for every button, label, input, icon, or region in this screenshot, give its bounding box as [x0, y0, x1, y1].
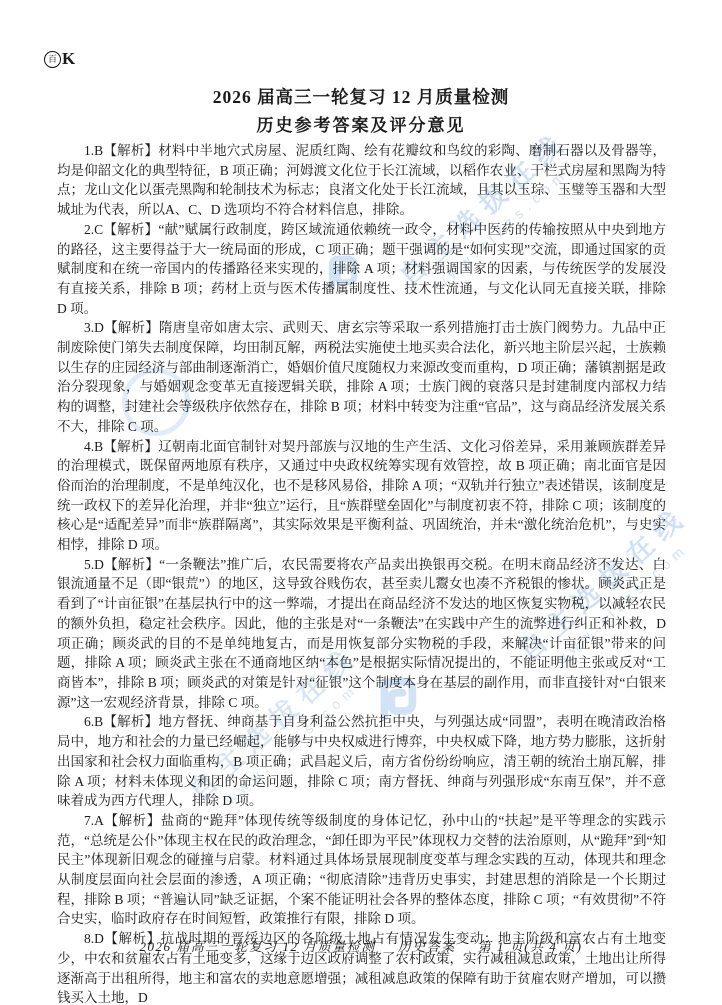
answer-explanation-5: 5.D【解析】“一条鞭法”推广后，农民需要将农产品卖出换银再交税。在明末商品经济… — [57, 555, 666, 713]
answer-explanation-6: 6.B【解析】地方督抚、绅商基于自身利益公然抗拒中央，与列强达成“同盟”，表明在… — [57, 712, 666, 811]
footer-exam-name: 2026 届高三一轮复习 12 月质量检测 — [140, 939, 376, 954]
logo-circle-char: 百 — [44, 51, 61, 68]
answer-explanation-4: 4.B【解析】辽朝南北面官制针对契丹部族与汉地的生产生活、文化习俗差异，采用兼顾… — [57, 437, 666, 555]
answer-explanation-2: 2.C【解析】“献”赋属行政制度，跨区域流通依赖统一政令，材料中医药的传输按照从… — [57, 220, 666, 319]
answer-explanations: 1.B【解析】材料中半地穴式房屋、泥质红陶、绘有花瓣纹和鸟纹的彩陶、磨制石器以及… — [57, 141, 666, 1005]
answer-explanation-7: 7.A【解析】盐商的“跪拜”体现传统等级制度的身体记忆，孙中山的“扶起”是平等理… — [57, 811, 666, 929]
answer-explanation-3: 3.D【解析】隋唐皇帝如唐太宗、武则天、唐玄宗等采取一系列措施打击士族门阀势力。… — [57, 318, 666, 436]
answers-heading: 历史参考答案及评分意见 — [0, 111, 722, 136]
exam-title: 2026 届高三一轮复习 12 月质量检测 — [0, 84, 722, 109]
publisher-logo: 百K — [44, 49, 75, 69]
page-footer: 2026 届高三一轮复习 12 月质量检测历史答案第 1 页(共 4 页) — [0, 936, 722, 955]
answer-explanation-1: 1.B【解析】材料中半地穴式房屋、泥质红陶、绘有花瓣纹和鸟纹的彩陶、磨制石器以及… — [57, 141, 666, 220]
document-page: 自主选拔在线 www.zizzs.com 自主选拔在线 www.zizzs.co… — [0, 0, 722, 1005]
logo-suffix-letter: K — [62, 49, 75, 69]
footer-subject: 历史答案 — [398, 939, 456, 954]
footer-page-number: 第 1 页(共 4 页) — [478, 939, 583, 954]
